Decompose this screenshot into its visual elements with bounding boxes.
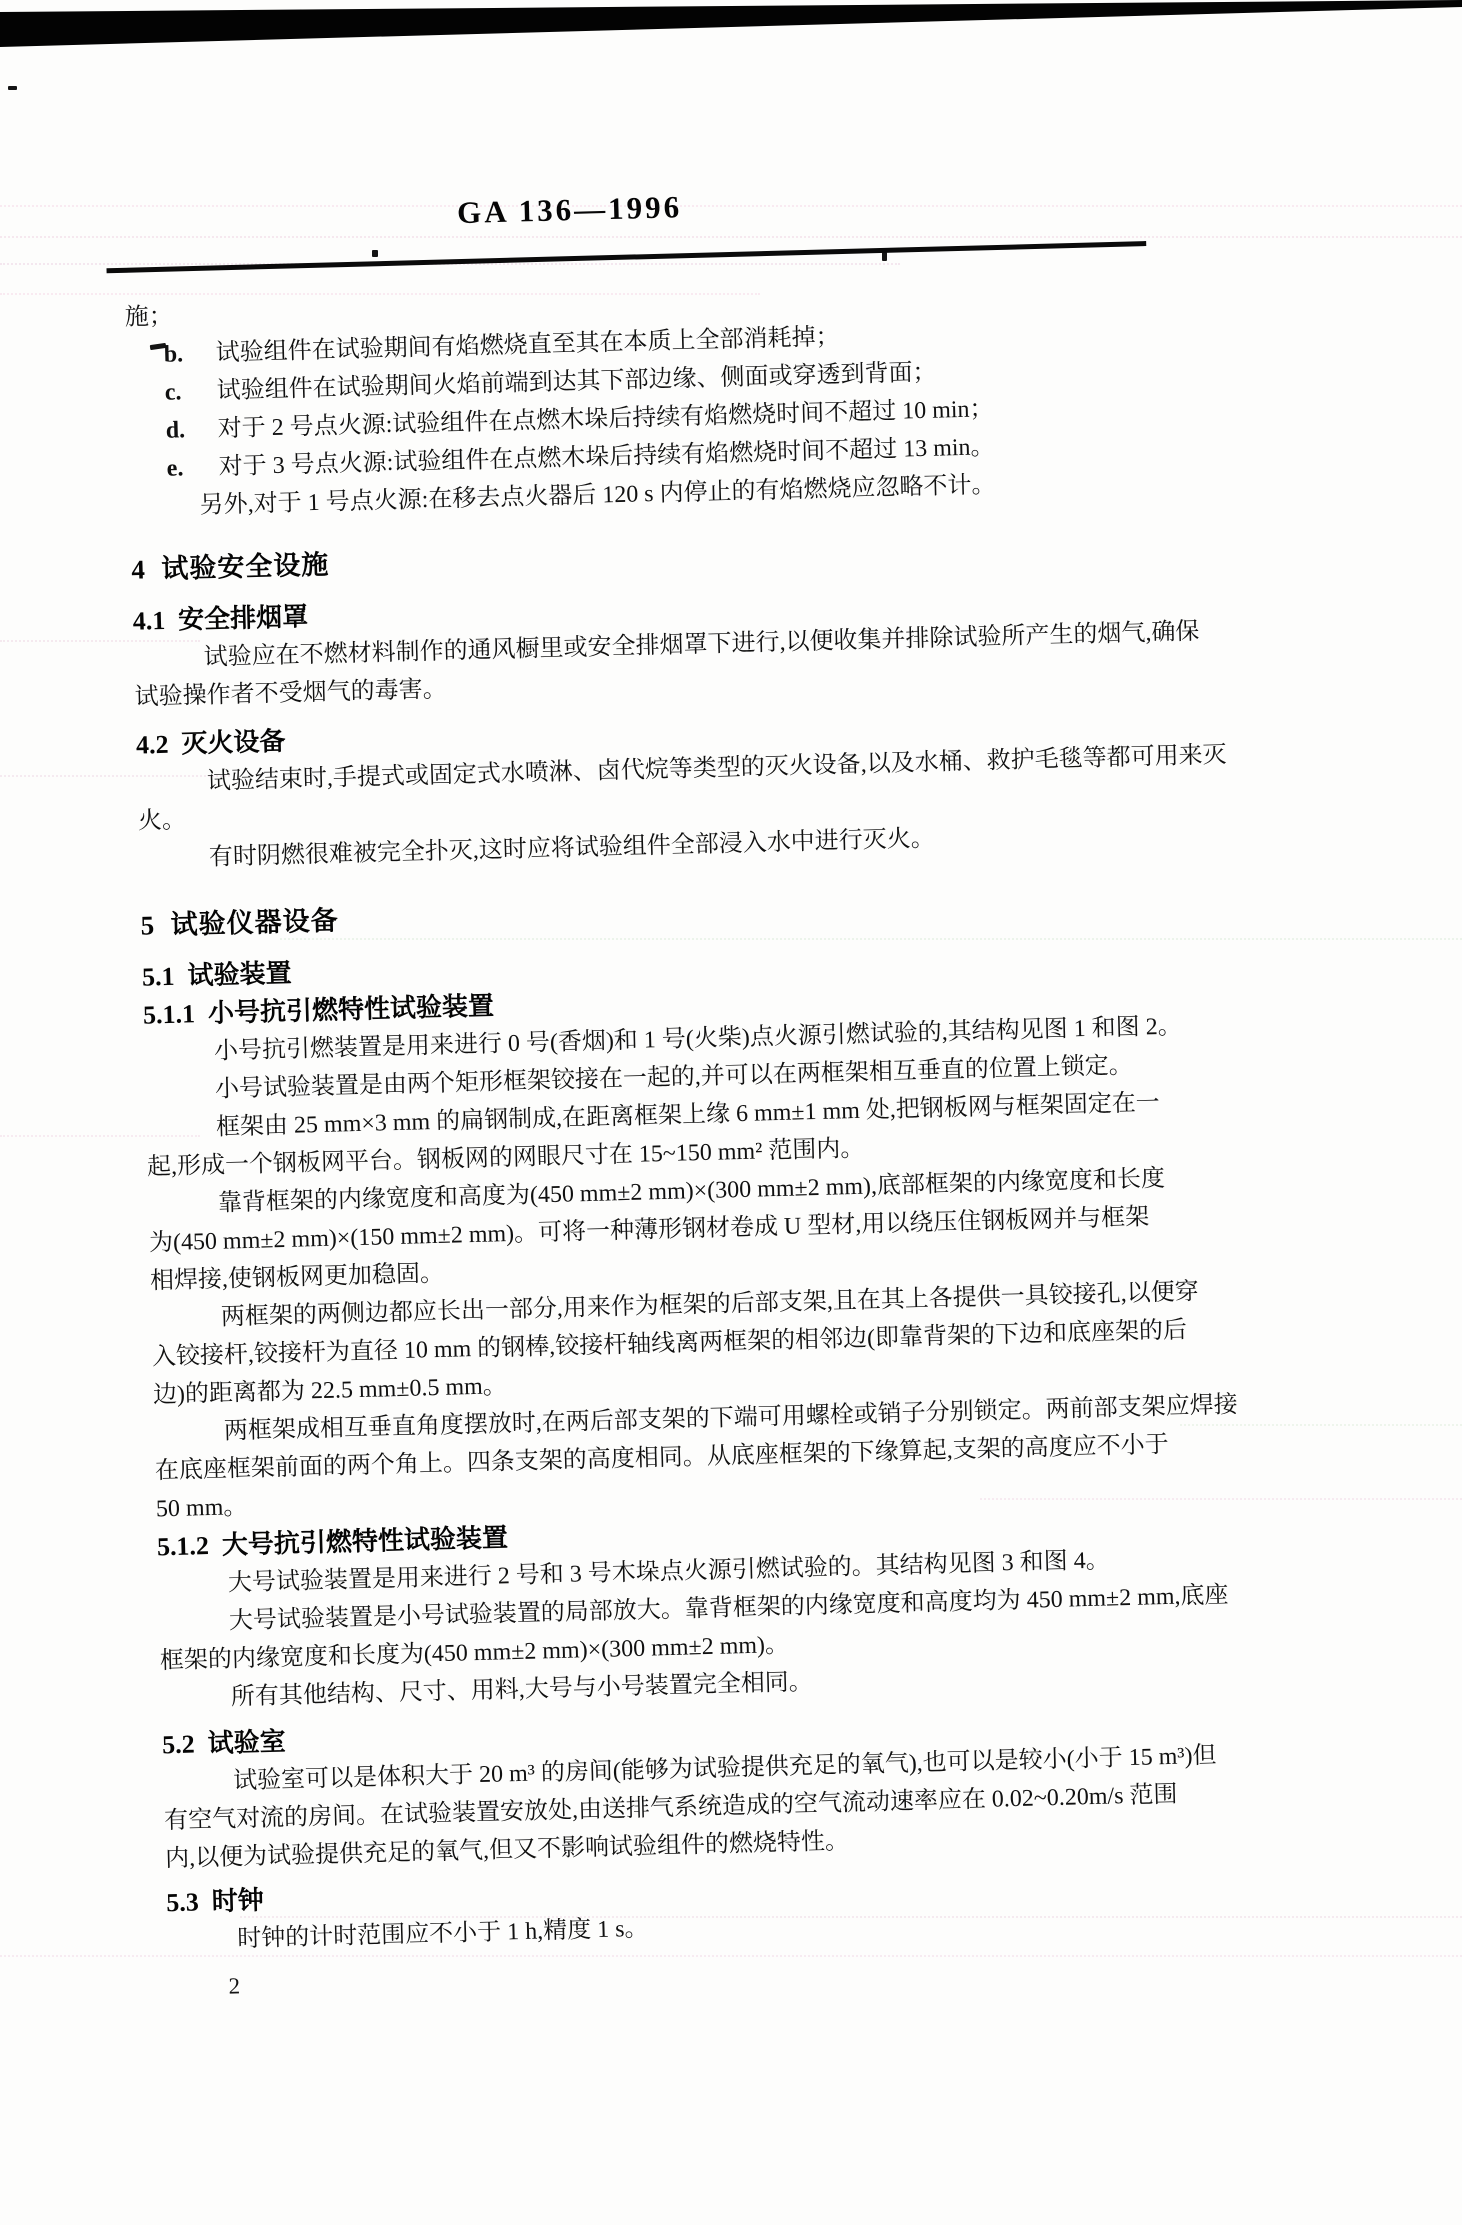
list-item-label: b. xyxy=(163,334,216,373)
list-item-label: d. xyxy=(165,410,218,449)
page-content: GA 136—1996 施；b.试验组件在试验期间有焰燃烧直至其在本质上全部消耗… xyxy=(104,163,1191,2007)
scan-speck xyxy=(8,86,17,90)
list-item-label: c. xyxy=(164,372,217,411)
standard-code: GA 136—1996 xyxy=(457,175,1146,233)
scan-artifact-top-bar xyxy=(0,0,1462,60)
list-item-label: e. xyxy=(166,448,219,487)
document-page: GA 136—1996 施；b.试验组件在试验期间有焰燃烧直至其在本质上全部消耗… xyxy=(0,0,1462,2225)
header-rule xyxy=(106,241,1146,273)
document-body: 施；b.试验组件在试验期间有焰燃烧直至其在本质上全部消耗掉；c.试验组件在试验期… xyxy=(107,272,1190,1961)
